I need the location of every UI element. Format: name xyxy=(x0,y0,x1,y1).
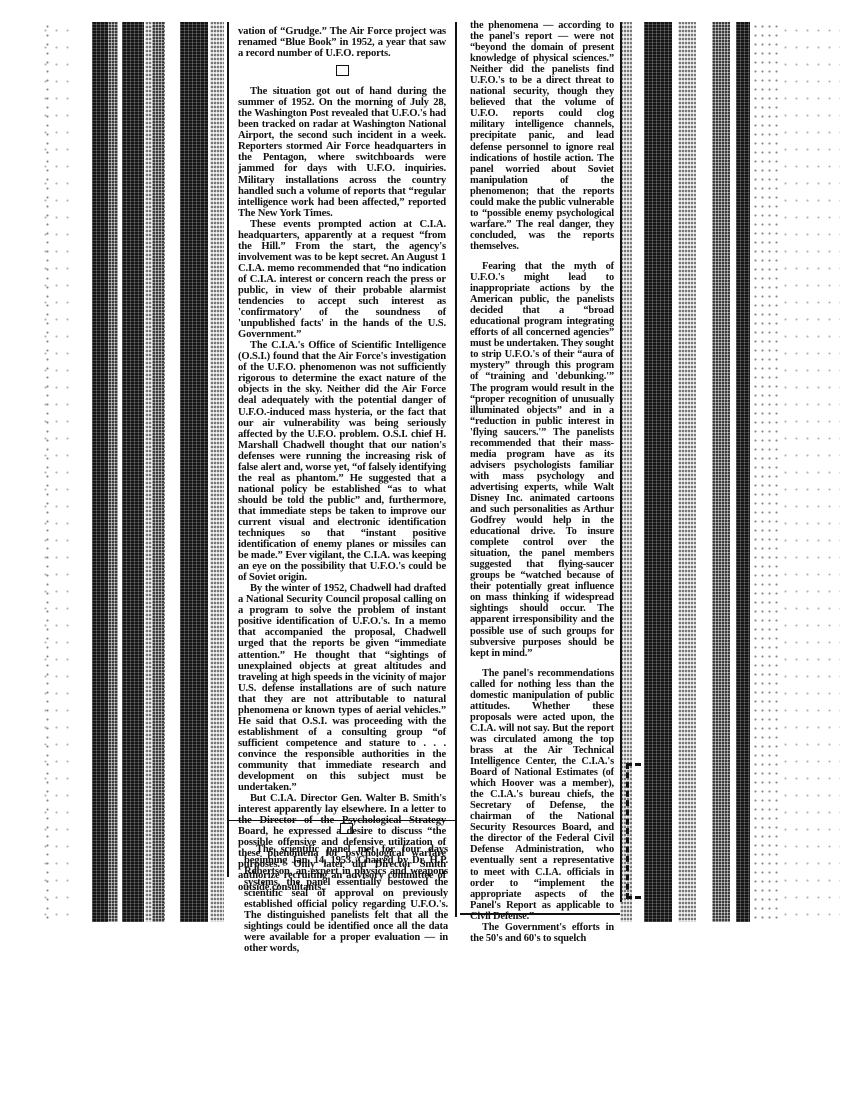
hollow-square-icon xyxy=(336,65,349,76)
paragraph: The situation got out of hand during the… xyxy=(238,86,446,219)
column-rule-middle xyxy=(455,22,457,917)
article-column-left-continuation: The scientific panel met for four days b… xyxy=(244,833,448,954)
paragraph: vation of “Grudge.” The Air Force projec… xyxy=(238,26,446,59)
column-rule-left xyxy=(227,22,229,877)
paragraph: The panel's recommendations called for n… xyxy=(470,668,614,922)
paragraph: Fearing that the myth of U.F.O.'s might … xyxy=(470,261,614,659)
paragraph: the phenomena — according to the panel's… xyxy=(470,20,614,252)
article-column-left: vation of “Grudge.” The Air Force projec… xyxy=(238,26,446,893)
scan-noise-right xyxy=(620,22,850,922)
hollow-square-icon xyxy=(340,823,353,834)
scan-noise-left xyxy=(0,22,232,922)
paragraph: The C.I.A.'s Office of Scientific Intell… xyxy=(238,340,446,583)
paragraph: The scientific panel met for four days b… xyxy=(244,844,448,954)
article-column-right: the phenomena — according to the panel's… xyxy=(470,20,614,944)
scan-bracket-mark xyxy=(626,763,641,899)
paragraph: The Government's efforts in the 50's and… xyxy=(470,922,614,944)
paragraph: By the winter of 1952, Chadwell had draf… xyxy=(238,583,446,793)
column-rule-right xyxy=(620,22,622,902)
paragraph: These events prompted action at C.I.A. h… xyxy=(238,219,446,341)
